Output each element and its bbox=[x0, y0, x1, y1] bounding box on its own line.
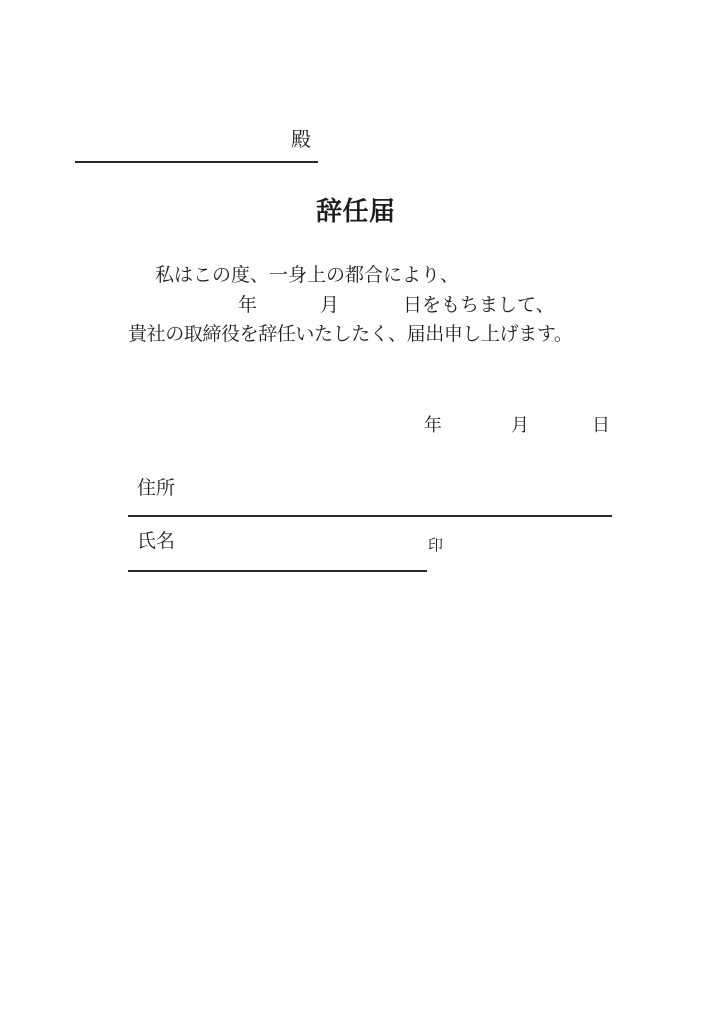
name-label: 氏名 bbox=[137, 532, 175, 551]
address-label: 住所 bbox=[137, 479, 175, 498]
body-line-2-tail: 日をもちまして、 bbox=[403, 296, 555, 315]
name-underline bbox=[128, 570, 427, 572]
date-month-label: 月 bbox=[511, 416, 529, 434]
seal-label: 印 bbox=[428, 538, 443, 553]
resignation-letter-document: 殿 辞任届 私はこの度、一身上の都合により、 年 月 日をもちまして、 貴社の取… bbox=[0, 0, 724, 1024]
body-line-2-year-label: 年 bbox=[238, 296, 257, 315]
body-line-3: 貴社の取締役を辞任いたしたく、届出申し上げます。 bbox=[128, 325, 573, 344]
recipient-honorific-label: 殿 bbox=[291, 130, 311, 150]
recipient-name-underline bbox=[75, 161, 318, 163]
body-line-1: 私はこの度、一身上の都合により、 bbox=[155, 266, 459, 285]
date-year-label: 年 bbox=[424, 416, 442, 434]
date-day-label: 日 bbox=[592, 416, 610, 434]
document-title: 辞任届 bbox=[316, 198, 396, 224]
body-line-2-month-label: 月 bbox=[320, 296, 339, 315]
address-underline bbox=[128, 515, 612, 517]
